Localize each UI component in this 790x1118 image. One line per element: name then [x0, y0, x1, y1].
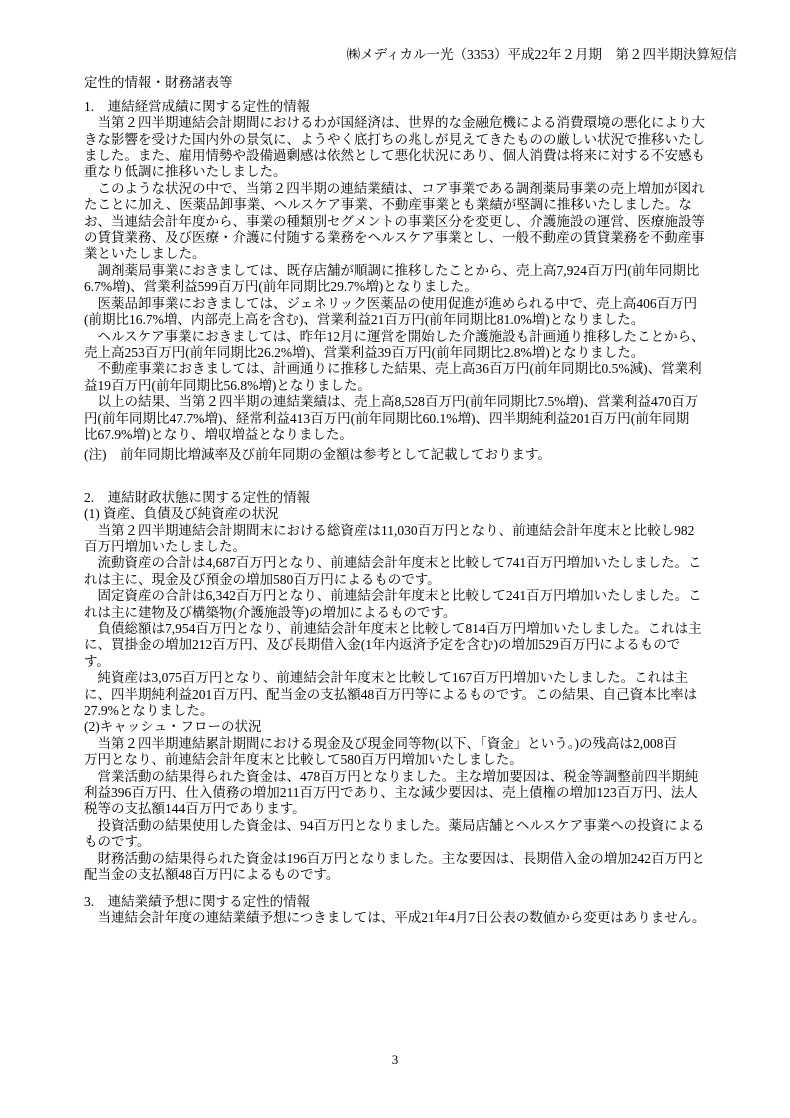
section-2-sub-1-paragraph-2: 流動資産の合計は4,687百万円となり、前連結会計年度末と比較して741百万円増… — [84, 555, 737, 588]
section-2-sub-2-paragraph-3: 投資活動の結果使用した資金は、94百万円となりました。薬局店舗とヘルスケア事業へ… — [84, 818, 737, 851]
section-1-paragraph-4: 医薬品卸事業におきましては、ジェネリック医薬品の使用促進が進められる中で、売上高… — [84, 296, 737, 329]
section-2-sub-1-paragraph-4: 負債総額は7,954百万円となり、前連結会計年度末と比較して814百万円増加いた… — [84, 621, 737, 670]
section-2-sub-1-heading: (1) 資産、負債及び純資産の状況 — [84, 506, 737, 522]
section-1-note: (注) 前年同期比増減率及び前年同期の金額は参考として記載しております。 — [84, 447, 737, 463]
page-number: 3 — [0, 1052, 790, 1068]
section-2-sub-2-heading: (2)キャッシュ・フローの状況 — [84, 719, 737, 735]
section-2-sub-2-paragraph-1: 当第２四半期連結累計期間における現金及び現金同等物(以下、「資金」という。)の残… — [84, 736, 737, 769]
section-2-sub-1-paragraph-1: 当第２四半期連結会計期間末における総資産は11,030百万円となり、前連結会計年… — [84, 523, 737, 556]
section-2-sub-2-paragraph-4: 財務活動の結果得られた資金は196百万円となりました。主な要因は、長期借入金の増… — [84, 851, 737, 884]
page-title: 定性的情報・財務諸表等 — [84, 75, 737, 91]
section-2-heading: 2. 連結財政状態に関する定性的情報 — [84, 490, 737, 506]
section-1-paragraph-6: 不動産事業におきましては、計画通りに推移した結果、売上高36百万円(前年同期比0… — [84, 361, 737, 394]
document-page: ㈱メディカル一光（3353）平成22年２月期 第２四半期決算短信 定性的情報・財… — [0, 0, 790, 1118]
section-2-sub-2-paragraph-2: 営業活動の結果得られた資金は、478百万円となりました。主な増加要因は、税金等調… — [84, 769, 737, 818]
section-1-paragraph-7: 以上の結果、当第２四半期の連結業績は、売上高8,528百万円(前年同期比7.5%… — [84, 394, 737, 443]
section-1-heading: 1. 連結経営成績に関する定性的情報 — [84, 99, 737, 115]
document-header: ㈱メディカル一光（3353）平成22年２月期 第２四半期決算短信 — [84, 47, 737, 63]
section-2-sub-1-paragraph-3: 固定資産の合計は6,342百万円となり、前連結会計年度末と比較して241百万円増… — [84, 588, 737, 621]
section-1-paragraph-2: このような状況の中で、当第２四半期の連結業績は、コア事業である調剤薬局事業の売上… — [84, 181, 737, 263]
section-1-paragraph-5: ヘルスケア事業におきましては、昨年12月に運営を開始した介護施設も計画通り推移し… — [84, 329, 737, 362]
section-1-paragraph-3: 調剤薬局事業におきましては、既存店舗が順調に推移したことから、売上高7,924百… — [84, 263, 737, 296]
section-2-sub-1-paragraph-5: 純資産は3,075百万円となり、前連結会計年度末と比較して167百万円増加いたし… — [84, 670, 737, 719]
section-3-paragraph-1: 当連結会計年度の連結業績予想につきましては、平成21年4月7日公表の数値から変更… — [84, 910, 737, 926]
section-3-heading: 3. 連結業績予想に関する定性的情報 — [84, 894, 737, 910]
section-1-paragraph-1: 当第２四半期連結会計期間におけるわが国経済は、世界的な金融危機による消費環境の悪… — [84, 115, 737, 181]
